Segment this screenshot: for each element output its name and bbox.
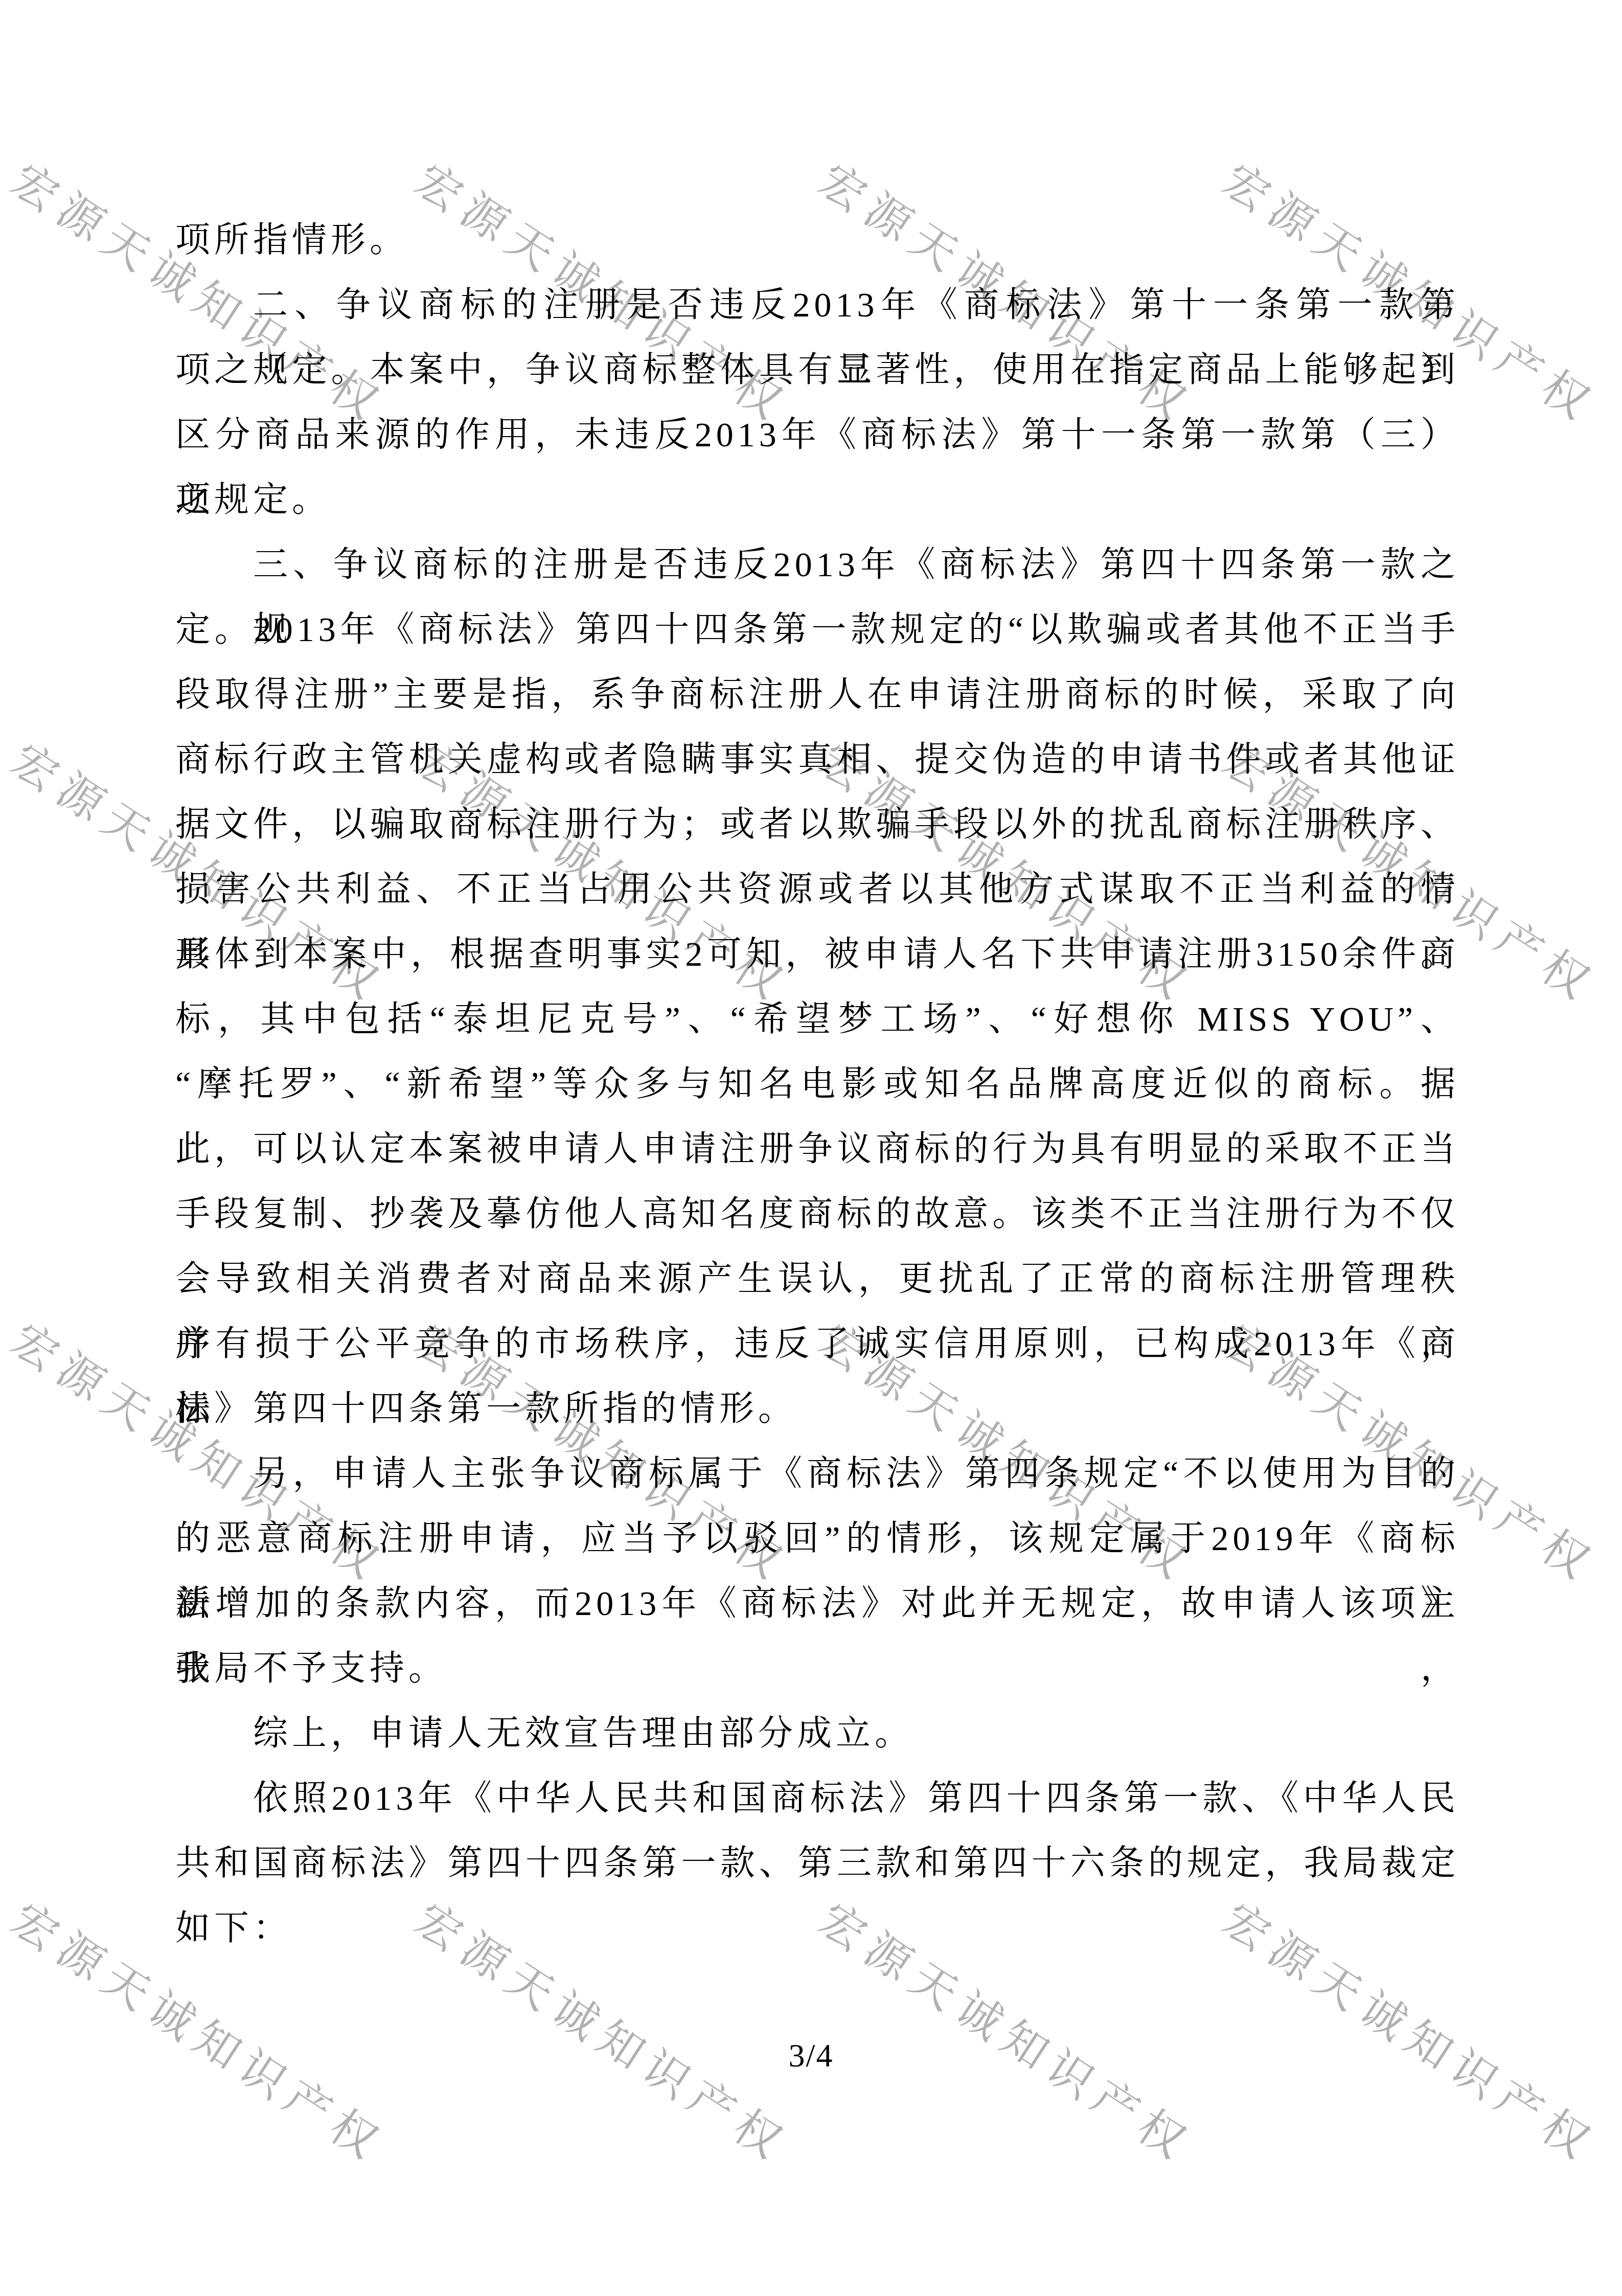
page-number: 3/4 <box>0 2037 1622 2075</box>
text-line: 共和国商标法》第四十四条第一款、第三款和第四十六条的规定，我局裁定 <box>175 1831 1459 1896</box>
text-line: 标，其中包括“泰坦尼克号”、“希望梦工场”、“好想你 MISS YOU”、 <box>175 987 1459 1052</box>
text-line: 此，可以认定本案被申请人申请注册争议商标的行为具有明显的采取不正当 <box>175 1117 1459 1181</box>
text-line: 据文件，以骗取商标注册行为；或者以欺骗手段以外的扰乱商标注册秩序、 <box>175 792 1459 857</box>
text-line: 之规定。 <box>175 467 1459 532</box>
text-line: 新增加的条款内容，而2013年《商标法》对此并无规定，故申请人该项主张， <box>175 1571 1459 1636</box>
text-line: 损害公共利益、不正当占用公共资源或者以其他方式谋取不正当利益的情形。 <box>175 857 1459 922</box>
text-line: 另，申请人主张争议商标属于《商标法》第四条规定“不以使用为目的 <box>175 1441 1459 1506</box>
text-line: 并有损于公平竞争的市场秩序，违反了诚实信用原则，已构成2013年《商标 <box>175 1311 1459 1376</box>
text-line: 三、争议商标的注册是否违反2013年《商标法》第四十四条第一款之规 <box>175 532 1459 597</box>
text-line: “摩托罗”、“新希望”等众多与知名电影或知名品牌高度近似的商标。据 <box>175 1052 1459 1117</box>
text-line: 具体到本案中，根据查明事实2可知，被申请人名下共申请注册3150余件商 <box>175 922 1459 987</box>
text-line: 手段复制、抄袭及摹仿他人高知名度商标的故意。该类不正当注册行为不仅 <box>175 1181 1459 1246</box>
text-line: 依照2013年《中华人民共和国商标法》第四十四条第一款、《中华人民 <box>175 1766 1459 1831</box>
body-text: 项所指情形。二、争议商标的注册是否违反2013年《商标法》第十一条第一款第（三）… <box>175 208 1459 1961</box>
text-line: 项所指情形。 <box>175 208 1459 272</box>
text-line: 综上，申请人无效宣告理由部分成立。 <box>175 1701 1459 1766</box>
text-line: 二、争议商标的注册是否违反2013年《商标法》第十一条第一款第（三） <box>175 272 1459 337</box>
text-line: 项之规定。本案中，争议商标整体具有显著性，使用在指定商品上能够起到 <box>175 337 1459 402</box>
text-line: 如下： <box>175 1896 1459 1961</box>
text-line: 会导致相关消费者对商品来源产生误认，更扰乱了正常的商标注册管理秩序， <box>175 1246 1459 1311</box>
document-page: 宏源天诚知识产权宏源天诚知识产权宏源天诚知识产权宏源天诚知识产权宏源天诚知识产权… <box>0 0 1622 2296</box>
text-line: 段取得注册”主要是指，系争商标注册人在申请注册商标的时候，采取了向 <box>175 662 1459 727</box>
text-line: 的恶意商标注册申请，应当予以驳回”的情形，该规定属于2019年《商标法》 <box>175 1506 1459 1571</box>
text-line: 区分商品来源的作用，未违反2013年《商标法》第十一条第一款第（三）项 <box>175 402 1459 467</box>
text-line: 商标行政主管机关虚构或者隐瞒事实真相、提交伪造的申请书件或者其他证 <box>175 727 1459 792</box>
text-line: 定。2013年《商标法》第四十四条第一款规定的“以欺骗或者其他不正当手 <box>175 597 1459 662</box>
text-line: 法》第四十四条第一款所指的情形。 <box>175 1376 1459 1441</box>
